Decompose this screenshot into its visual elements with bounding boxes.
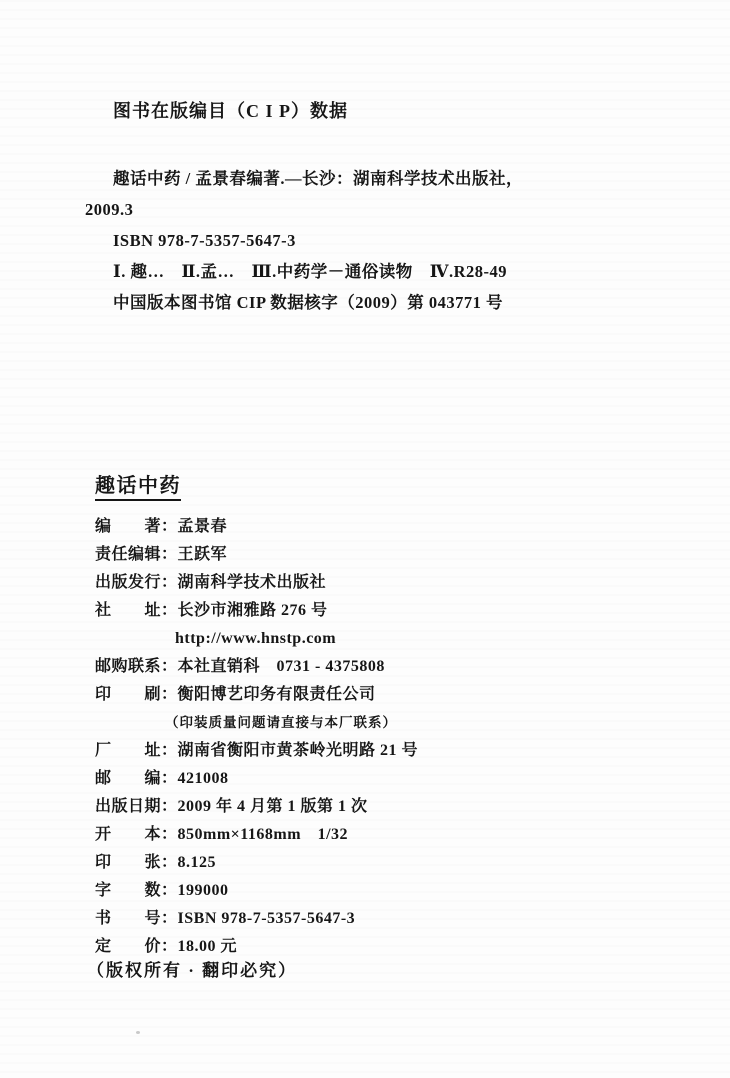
cip-isbn-line: ISBN 978-7-5357-5647-3	[85, 225, 700, 256]
row-label: 字 数：	[95, 877, 178, 905]
row-value: 王跃军	[178, 541, 228, 569]
row-value: 长沙市湘雅路 276 号	[178, 597, 328, 625]
row-address: 社 址： 长沙市湘雅路 276 号	[95, 597, 700, 625]
row-label: 厂 址：	[95, 737, 178, 765]
row-author: 编 著： 孟景春	[95, 513, 700, 541]
row-word-count: 字 数： 199000	[95, 877, 700, 905]
cip-year-line: 2009.3	[85, 194, 700, 225]
row-value: 本社直销科 0731 - 4375808	[178, 653, 385, 681]
row-value: 421008	[178, 765, 229, 793]
row-value: 孟景春	[178, 513, 228, 541]
row-print-quality-note: （印装质量问题请直接与本厂联系）	[95, 709, 700, 737]
row-editor: 责任编辑： 王跃军	[95, 541, 700, 569]
row-label: 开 本：	[95, 821, 178, 849]
row-label: 责任编辑：	[95, 541, 178, 569]
row-label: 编 著：	[95, 513, 178, 541]
row-label: 出版日期：	[95, 793, 178, 821]
row-label: 印 张：	[95, 849, 178, 877]
row-postcode: 邮 编： 421008	[95, 765, 700, 793]
row-label: 出版发行：	[95, 569, 178, 597]
row-isbn: 书 号： ISBN 978-7-5357-5647-3	[95, 905, 700, 933]
row-publish-date: 出版日期： 2009 年 4 月第 1 版第 1 次	[95, 793, 700, 821]
colophon-rows: 编 著： 孟景春 责任编辑： 王跃军 出版发行： 湖南科学技术出版社 社 址： …	[95, 513, 700, 961]
row-value: 衡阳博艺印务有限责任公司	[178, 681, 376, 709]
row-label: 书 号：	[95, 905, 178, 933]
cip-heading: 图书在版编目（C I P）数据	[113, 97, 700, 123]
scan-speck	[136, 1031, 140, 1034]
row-value: （印装质量问题请直接与本厂联系）	[95, 709, 397, 737]
book-copyright-page: 图书在版编目（C I P）数据 趣话中药 / 孟景春编著.—长沙：湖南科学技术出…	[0, 0, 730, 1078]
row-factory-address: 厂 址： 湖南省衡阳市黄茶岭光明路 21 号	[95, 737, 700, 765]
row-publisher: 出版发行： 湖南科学技术出版社	[95, 569, 700, 597]
cip-record-number: 中国版本图书馆 CIP 数据核字（2009）第 043771 号	[85, 287, 700, 318]
row-value: 2009 年 4 月第 1 版第 1 次	[178, 793, 368, 821]
book-title: 趣话中药	[95, 474, 181, 501]
row-value: 8.125	[178, 849, 217, 877]
row-format: 开 本： 850mm×1168mm 1/32	[95, 821, 700, 849]
row-value: http://www.hnstp.com	[95, 625, 336, 653]
cip-classification-line: Ⅰ. 趣… Ⅱ.孟… Ⅲ.中药学－通俗读物 Ⅳ.R28-49	[85, 256, 700, 287]
row-label: 印 刷：	[95, 681, 178, 709]
copyright-notice: （版权所有 · 翻印必究）	[87, 956, 700, 981]
row-value: 199000	[178, 877, 229, 905]
cip-title-line: 趣话中药 / 孟景春编著.—长沙：湖南科学技术出版社，	[85, 163, 700, 194]
row-value: 850mm×1168mm 1/32	[178, 821, 349, 849]
row-value: 湖南科学技术出版社	[178, 569, 327, 597]
row-label: 邮购联系：	[95, 653, 178, 681]
row-value: 湖南省衡阳市黄茶岭光明路 21 号	[178, 737, 419, 765]
row-sheets: 印 张： 8.125	[95, 849, 700, 877]
row-mail-order: 邮购联系： 本社直销科 0731 - 4375808	[95, 653, 700, 681]
row-website: http://www.hnstp.com	[95, 625, 700, 653]
cip-section: 图书在版编目（C I P）数据 趣话中药 / 孟景春编著.—长沙：湖南科学技术出…	[0, 0, 730, 318]
row-label: 社 址：	[95, 597, 178, 625]
colophon-section: 趣话中药 编 著： 孟景春 责任编辑： 王跃军 出版发行： 湖南科学技术出版社 …	[0, 318, 730, 981]
row-value: ISBN 978-7-5357-5647-3	[178, 905, 356, 933]
row-printer: 印 刷： 衡阳博艺印务有限责任公司	[95, 681, 700, 709]
row-label: 邮 编：	[95, 765, 178, 793]
